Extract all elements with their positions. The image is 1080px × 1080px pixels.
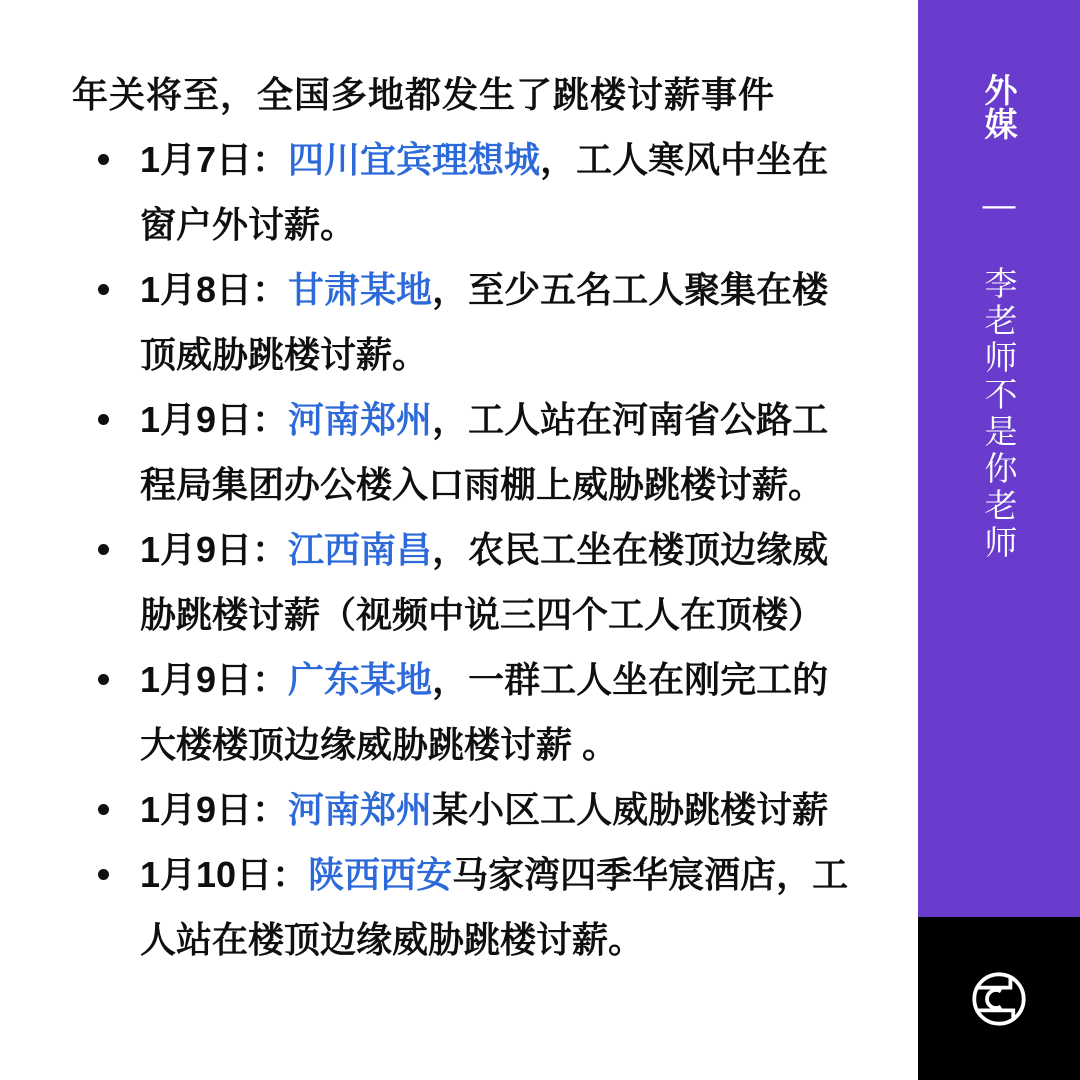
bullet-location-link[interactable]: 陕西西安	[308, 854, 452, 895]
main-content: 年关将至，全国多地都发生了跳楼讨薪事件 1月7日：四川宜宾理想城，工人寒风中坐在…	[72, 62, 864, 972]
brand-logo-icon	[961, 961, 1037, 1037]
bullet-dot-icon	[98, 544, 109, 555]
bullet-date: 1月9日：	[140, 659, 288, 700]
bullet-location-link[interactable]: 江西南昌	[288, 529, 432, 570]
bullet-location-link[interactable]: 甘肃某地	[288, 269, 432, 310]
bullet-date: 1月10日：	[140, 854, 308, 895]
bullet-dot-icon	[98, 414, 109, 425]
bullet-dot-icon	[98, 869, 109, 880]
bullet-date: 1月7日：	[140, 139, 288, 180]
list-item: 1月9日：河南郑州某小区工人威胁跳楼讨薪	[72, 777, 864, 842]
bullet-date: 1月9日：	[140, 529, 288, 570]
bullet-location-link[interactable]: 河南郑州	[288, 399, 432, 440]
bullet-dot-icon	[98, 674, 109, 685]
bullet-location-link[interactable]: 广东某地	[288, 659, 432, 700]
page-title: 年关将至，全国多地都发生了跳楼讨薪事件	[72, 62, 864, 127]
media-tag-label: 外媒	[976, 73, 1023, 141]
list-item: 1月7日：四川宜宾理想城，工人寒风中坐在窗户外讨薪。	[72, 127, 864, 257]
brand-name-label: 李老师不是你老师	[976, 266, 1023, 562]
divider-dash: —	[980, 186, 1018, 223]
list-item: 1月10日：陕西西安马家湾四季华宸酒店，工人站在楼顶边缘威胁跳楼讨薪。	[72, 842, 864, 972]
list-item: 1月9日：江西南昌，农民工坐在楼顶边缘威胁跳楼讨薪（视频中说三四个工人在顶楼）	[72, 517, 864, 647]
bullet-dot-icon	[98, 804, 109, 815]
list-item: 1月8日：甘肃某地，至少五名工人聚集在楼顶威胁跳楼讨薪。	[72, 257, 864, 387]
brand-box	[918, 917, 1080, 1080]
sidebar: 外媒 — 李老师不是你老师	[918, 0, 1080, 917]
bullet-location-link[interactable]: 河南郑州	[288, 789, 432, 830]
bullet-date: 1月9日：	[140, 789, 288, 830]
list-item: 1月9日：广东某地，一群工人坐在刚完工的大楼楼顶边缘威胁跳楼讨薪 。	[72, 647, 864, 777]
bullet-dot-icon	[98, 154, 109, 165]
bullet-dot-icon	[98, 284, 109, 295]
sidebar-vertical-text: 外媒 — 李老师不是你老师	[976, 73, 1023, 562]
bullet-date: 1月9日：	[140, 399, 288, 440]
bullet-location-link[interactable]: 四川宜宾理想城	[288, 139, 540, 180]
bullet-text: 某小区工人威胁跳楼讨薪	[432, 789, 828, 830]
list-item: 1月9日：河南郑州，工人站在河南省公路工程局集团办公楼入口雨棚上威胁跳楼讨薪。	[72, 387, 864, 517]
incident-list: 1月7日：四川宜宾理想城，工人寒风中坐在窗户外讨薪。 1月8日：甘肃某地，至少五…	[72, 127, 864, 972]
bullet-date: 1月8日：	[140, 269, 288, 310]
